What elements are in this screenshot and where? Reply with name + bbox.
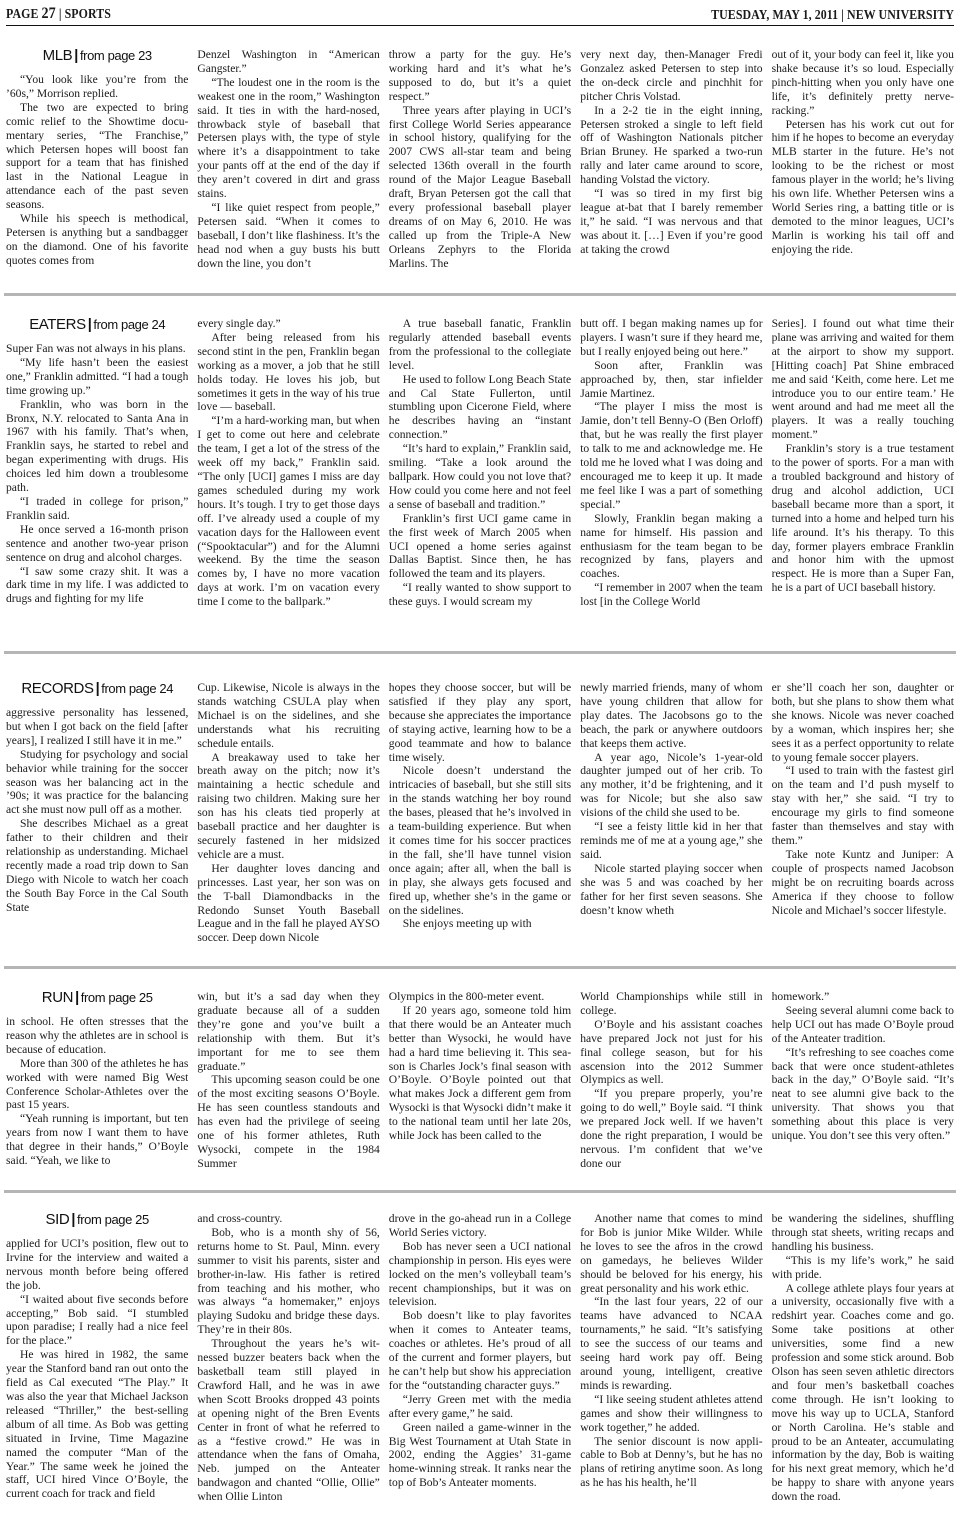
article-columns: SID|from page 25applied for UCI’s positi… xyxy=(6,1212,954,1530)
text-column: hopes they choose soccer, but will be sa… xyxy=(389,681,571,949)
paragraph: “I traded in college for prison,” Frankl… xyxy=(6,495,188,523)
paragraph: He used to follow Long Beach State and C… xyxy=(389,373,571,443)
article-mlb: MLB|from page 23“You look like you’re fr… xyxy=(6,48,954,284)
text-column: Olympics in the 800-meter event.If 20 ye… xyxy=(389,990,571,1168)
paragraph: Green nailed a game-winner in the Big We… xyxy=(389,1421,571,1491)
paragraph: aggressive personality has less­ened, bu… xyxy=(6,706,188,748)
paragraph: “I’m a hard-working man, but when I get … xyxy=(197,414,379,609)
paragraph: Nicole doesn’t understand the intricacie… xyxy=(389,764,571,917)
text-column: win, but it’s a sad day when they gradua… xyxy=(197,990,379,1168)
paragraph: Throughout the years he’s wit­nessed buz… xyxy=(197,1337,379,1504)
issue-date: TUESDAY, MAY 1, 2011 xyxy=(711,7,838,22)
section-divider xyxy=(4,1190,956,1193)
paragraph: This upcoming season could be one of the… xyxy=(197,1073,379,1168)
publication-name: NEW UNIVERSITY xyxy=(847,7,954,22)
text-column: Series]. I found out what time their pla… xyxy=(772,317,954,641)
masthead-right: TUESDAY, MAY 1, 2011 | NEW UNIVERSITY xyxy=(678,7,954,23)
paragraph: Franklin’s story is a true tes­tament to… xyxy=(772,442,954,595)
paragraph: Take note Kuntz and Juniper: A couple of… xyxy=(772,848,954,918)
paragraph: Petersen has his work cut out for him if… xyxy=(772,118,954,257)
paragraph: out of it, your body can feel it, like y… xyxy=(772,48,954,118)
jump-headline: SID|from page 25 xyxy=(6,1212,188,1228)
jump-divider-bar: | xyxy=(75,990,79,1006)
paragraph: Three years after playing in UCI’s first… xyxy=(389,104,571,271)
article-columns: RUN|from page 25in school. He often stre… xyxy=(6,990,954,1168)
paragraph: very next day, then-Manager Fredi Gonzal… xyxy=(580,48,762,104)
text-column: very next day, then-Manager Fredi Gonzal… xyxy=(580,48,762,284)
paragraph: Bob, who is a month shy of 56, returns h… xyxy=(197,1226,379,1337)
jump-divider-bar: | xyxy=(74,48,78,64)
paragraph: Slowly, Franklin began making a name for… xyxy=(580,512,762,582)
paragraph: “It’s hard to explain,” Franklin said, s… xyxy=(389,442,571,512)
paragraph: be wandering the sidelines, shuf­fling t… xyxy=(772,1212,954,1254)
jump-headline: EATERS|from page 24 xyxy=(6,317,188,333)
paragraph: O’Boyle and his assistant coaches have p… xyxy=(580,1018,762,1088)
paragraph: Franklin, who was born in the Bronx, N.Y… xyxy=(6,398,188,495)
paragraph: “In the last four years, 22 of our teams… xyxy=(580,1295,762,1392)
paragraph: “The player I miss the most is Jamie, do… xyxy=(580,400,762,511)
jump-slug: RECORDS xyxy=(21,681,93,697)
paragraph: After being released from his second sti… xyxy=(197,331,379,414)
jump-from-page: from page 23 xyxy=(80,48,152,63)
text-column: Another name that comes to mind for Bob … xyxy=(580,1212,762,1530)
page-number: 27 xyxy=(42,5,56,22)
paragraph: “I was so tired in my first big league a… xyxy=(580,187,762,257)
paragraph: win, but it’s a sad day when they gradua… xyxy=(197,990,379,1073)
paragraph: Super Fan was not always in his plans. xyxy=(6,342,188,356)
paragraph: “I like seeing student athletes attend g… xyxy=(580,1393,762,1435)
page-masthead: PAGE 27 | SPORTS TUESDAY, MAY 1, 2011 | … xyxy=(6,4,954,26)
paragraph: The two are expected to bring comic reli… xyxy=(6,101,188,212)
article-run: RUN|from page 25in school. He often stre… xyxy=(6,990,954,1168)
text-column: newly married friends, many of whom have… xyxy=(580,681,762,949)
paragraph: in school. He often stresses that the re… xyxy=(6,1015,188,1057)
jump-slug: RUN xyxy=(42,990,73,1006)
paragraph: Olympics in the 800-meter event. xyxy=(389,990,571,1004)
paragraph: “You look like you’re from the ’60s,” Mo… xyxy=(6,73,188,101)
paragraph: He once served a 16-month prison sentenc… xyxy=(6,523,188,565)
text-column: World Championships while still in colle… xyxy=(580,990,762,1168)
paragraph: Bob doesn’t like to play favorites when … xyxy=(389,1309,571,1392)
text-column: SID|from page 25applied for UCI’s positi… xyxy=(6,1212,188,1530)
section-divider xyxy=(4,293,956,296)
paragraph: Nicole started playing soccer when she w… xyxy=(580,862,762,918)
paragraph: Series]. I found out what time their pla… xyxy=(772,317,954,442)
text-column: homework.”Seeing several alumni come bac… xyxy=(772,990,954,1168)
paragraph: Cup. Likewise, Nicole is always in the s… xyxy=(197,681,379,751)
article-columns: MLB|from page 23“You look like you’re fr… xyxy=(6,48,954,284)
text-column: RECORDS|from page 24aggressive personali… xyxy=(6,681,188,949)
paragraph: A year ago, Nicole’s 1-year-old daughter… xyxy=(580,751,762,821)
text-column: Cup. Likewise, Nicole is always in the s… xyxy=(197,681,379,949)
paragraph: homework.” xyxy=(772,990,954,1004)
section-divider xyxy=(4,651,956,654)
paragraph: While his speech is methodical, Petersen… xyxy=(6,212,188,268)
paragraph: Denzel Washington in “American Gangster.… xyxy=(197,48,379,76)
paragraph: “Jerry Green met with the media after ev… xyxy=(389,1393,571,1421)
paragraph: “It’s refreshing to see coaches come bac… xyxy=(772,1046,954,1143)
paragraph: “I waited about five seconds before acce… xyxy=(6,1293,188,1349)
jump-from-page: from page 24 xyxy=(101,681,173,696)
paragraph: Soon after, Franklin was approached by, … xyxy=(580,359,762,401)
paragraph: er she’ll coach her son, daughter or bot… xyxy=(772,681,954,764)
paragraph: “I remember in 2007 when the team lost [… xyxy=(580,581,762,609)
paragraph: A breakaway used to take her breath away… xyxy=(197,751,379,862)
paragraph: “I like quiet respect from peo­ple,” Pet… xyxy=(197,201,379,271)
article-records: RECORDS|from page 24aggressive personali… xyxy=(6,681,954,949)
text-column: drove in the go-ahead run in a College W… xyxy=(389,1212,571,1530)
paragraph: The senior discount is now appli­cable t… xyxy=(580,1435,762,1491)
paragraph: butt off. I began making names up for pl… xyxy=(580,317,762,359)
paragraph: “I saw some crazy shit. It was a dark ti… xyxy=(6,565,188,607)
paragraph: and cross-country. xyxy=(197,1212,379,1226)
article-sid: SID|from page 25applied for UCI’s positi… xyxy=(6,1212,954,1530)
paragraph: “This is my life’s work,” he said with p… xyxy=(772,1254,954,1282)
jump-divider-bar: | xyxy=(96,681,100,697)
paragraph: “My life hasn’t been the easiest one,” F… xyxy=(6,356,188,398)
paragraph: “I really wanted to show support to thes… xyxy=(389,581,571,609)
jump-headline: MLB|from page 23 xyxy=(6,48,188,64)
masthead-separator: | xyxy=(56,6,65,21)
text-column: RUN|from page 25in school. He often stre… xyxy=(6,990,188,1168)
text-column: EATERS|from page 24Super Fan was not alw… xyxy=(6,317,188,641)
paragraph: Franklin’s first UCI game came in the fi… xyxy=(389,512,571,582)
paragraph: A college athlete plays four years at a … xyxy=(772,1282,954,1505)
text-column: Denzel Washington in “American Gangster.… xyxy=(197,48,379,284)
paragraph: Another name that comes to mind for Bob … xyxy=(580,1212,762,1295)
paragraph: Bob has never seen a UCI national champi… xyxy=(389,1240,571,1310)
text-column: er she’ll coach her son, daughter or bot… xyxy=(772,681,954,949)
paragraph: hopes they choose soccer, but will be sa… xyxy=(389,681,571,764)
paragraph: She enjoys meeting up with xyxy=(389,917,571,931)
paragraph: In a 2-2 tie in the eight inning, Peters… xyxy=(580,104,762,187)
paragraph: If 20 years ago, someone told him that t… xyxy=(389,1004,571,1143)
jump-slug: SID xyxy=(46,1212,70,1228)
jump-slug: MLB xyxy=(43,48,73,64)
paragraph: A true baseball fanatic, Franklin regula… xyxy=(389,317,571,373)
paragraph: He was hired in 1982, the same year the … xyxy=(6,1348,188,1501)
jump-from-page: from page 25 xyxy=(81,990,153,1005)
paragraph: More than 300 of the athletes he has wor… xyxy=(6,1057,188,1113)
jump-from-page: from page 24 xyxy=(93,317,165,332)
jump-divider-bar: | xyxy=(71,1212,75,1228)
article-eaters: EATERS|from page 24Super Fan was not alw… xyxy=(6,317,954,641)
paragraph: “If you prepare properly, you’re going t… xyxy=(580,1087,762,1168)
article-columns: RECORDS|from page 24aggressive personali… xyxy=(6,681,954,949)
paragraph: newly married friends, many of whom have… xyxy=(580,681,762,751)
masthead-left: PAGE 27 | SPORTS xyxy=(6,5,125,23)
paragraph: throw a party for the guy. He’s working … xyxy=(389,48,571,104)
paragraph: every single day.” xyxy=(197,317,379,331)
paragraph: “The loudest one in the room is the weak… xyxy=(197,76,379,201)
jump-from-page: from page 25 xyxy=(77,1212,149,1227)
paragraph: Seeing several alumni come back to help … xyxy=(772,1004,954,1046)
article-columns: EATERS|from page 24Super Fan was not alw… xyxy=(6,317,954,641)
paragraph: She describes Michael as a great father … xyxy=(6,817,188,914)
text-column: and cross-country.Bob, who is a month sh… xyxy=(197,1212,379,1530)
jump-headline: RUN|from page 25 xyxy=(6,990,188,1006)
paragraph: “I used to train with the fast­est girl … xyxy=(772,764,954,847)
jump-headline: RECORDS|from page 24 xyxy=(6,681,188,697)
paragraph: drove in the go-ahead run in a College W… xyxy=(389,1212,571,1240)
paragraph: Studying for psychology and social behav… xyxy=(6,748,188,818)
paragraph: “I see a feisty little kid in her that r… xyxy=(580,820,762,862)
paragraph: Her daughter loves dancing and princesse… xyxy=(197,862,379,945)
text-column: out of it, your body can feel it, like y… xyxy=(772,48,954,284)
paragraph: “Yeah running is important, but ten year… xyxy=(6,1112,188,1168)
text-column: throw a party for the guy. He’s working … xyxy=(389,48,571,284)
jump-divider-bar: | xyxy=(88,317,92,333)
jump-slug: EATERS xyxy=(29,317,86,333)
text-column: A true baseball fanatic, Franklin regula… xyxy=(389,317,571,641)
paragraph: World Championships while still in colle… xyxy=(580,990,762,1018)
text-column: every single day.”After being released f… xyxy=(197,317,379,641)
text-column: butt off. I began making names up for pl… xyxy=(580,317,762,641)
text-column: be wandering the sidelines, shuf­fling t… xyxy=(772,1212,954,1530)
text-column: MLB|from page 23“You look like you’re fr… xyxy=(6,48,188,284)
section-name: SPORTS xyxy=(65,6,111,21)
paragraph: applied for UCI’s position, flew out to … xyxy=(6,1237,188,1293)
section-divider xyxy=(4,966,956,969)
page-label: PAGE xyxy=(6,6,42,21)
